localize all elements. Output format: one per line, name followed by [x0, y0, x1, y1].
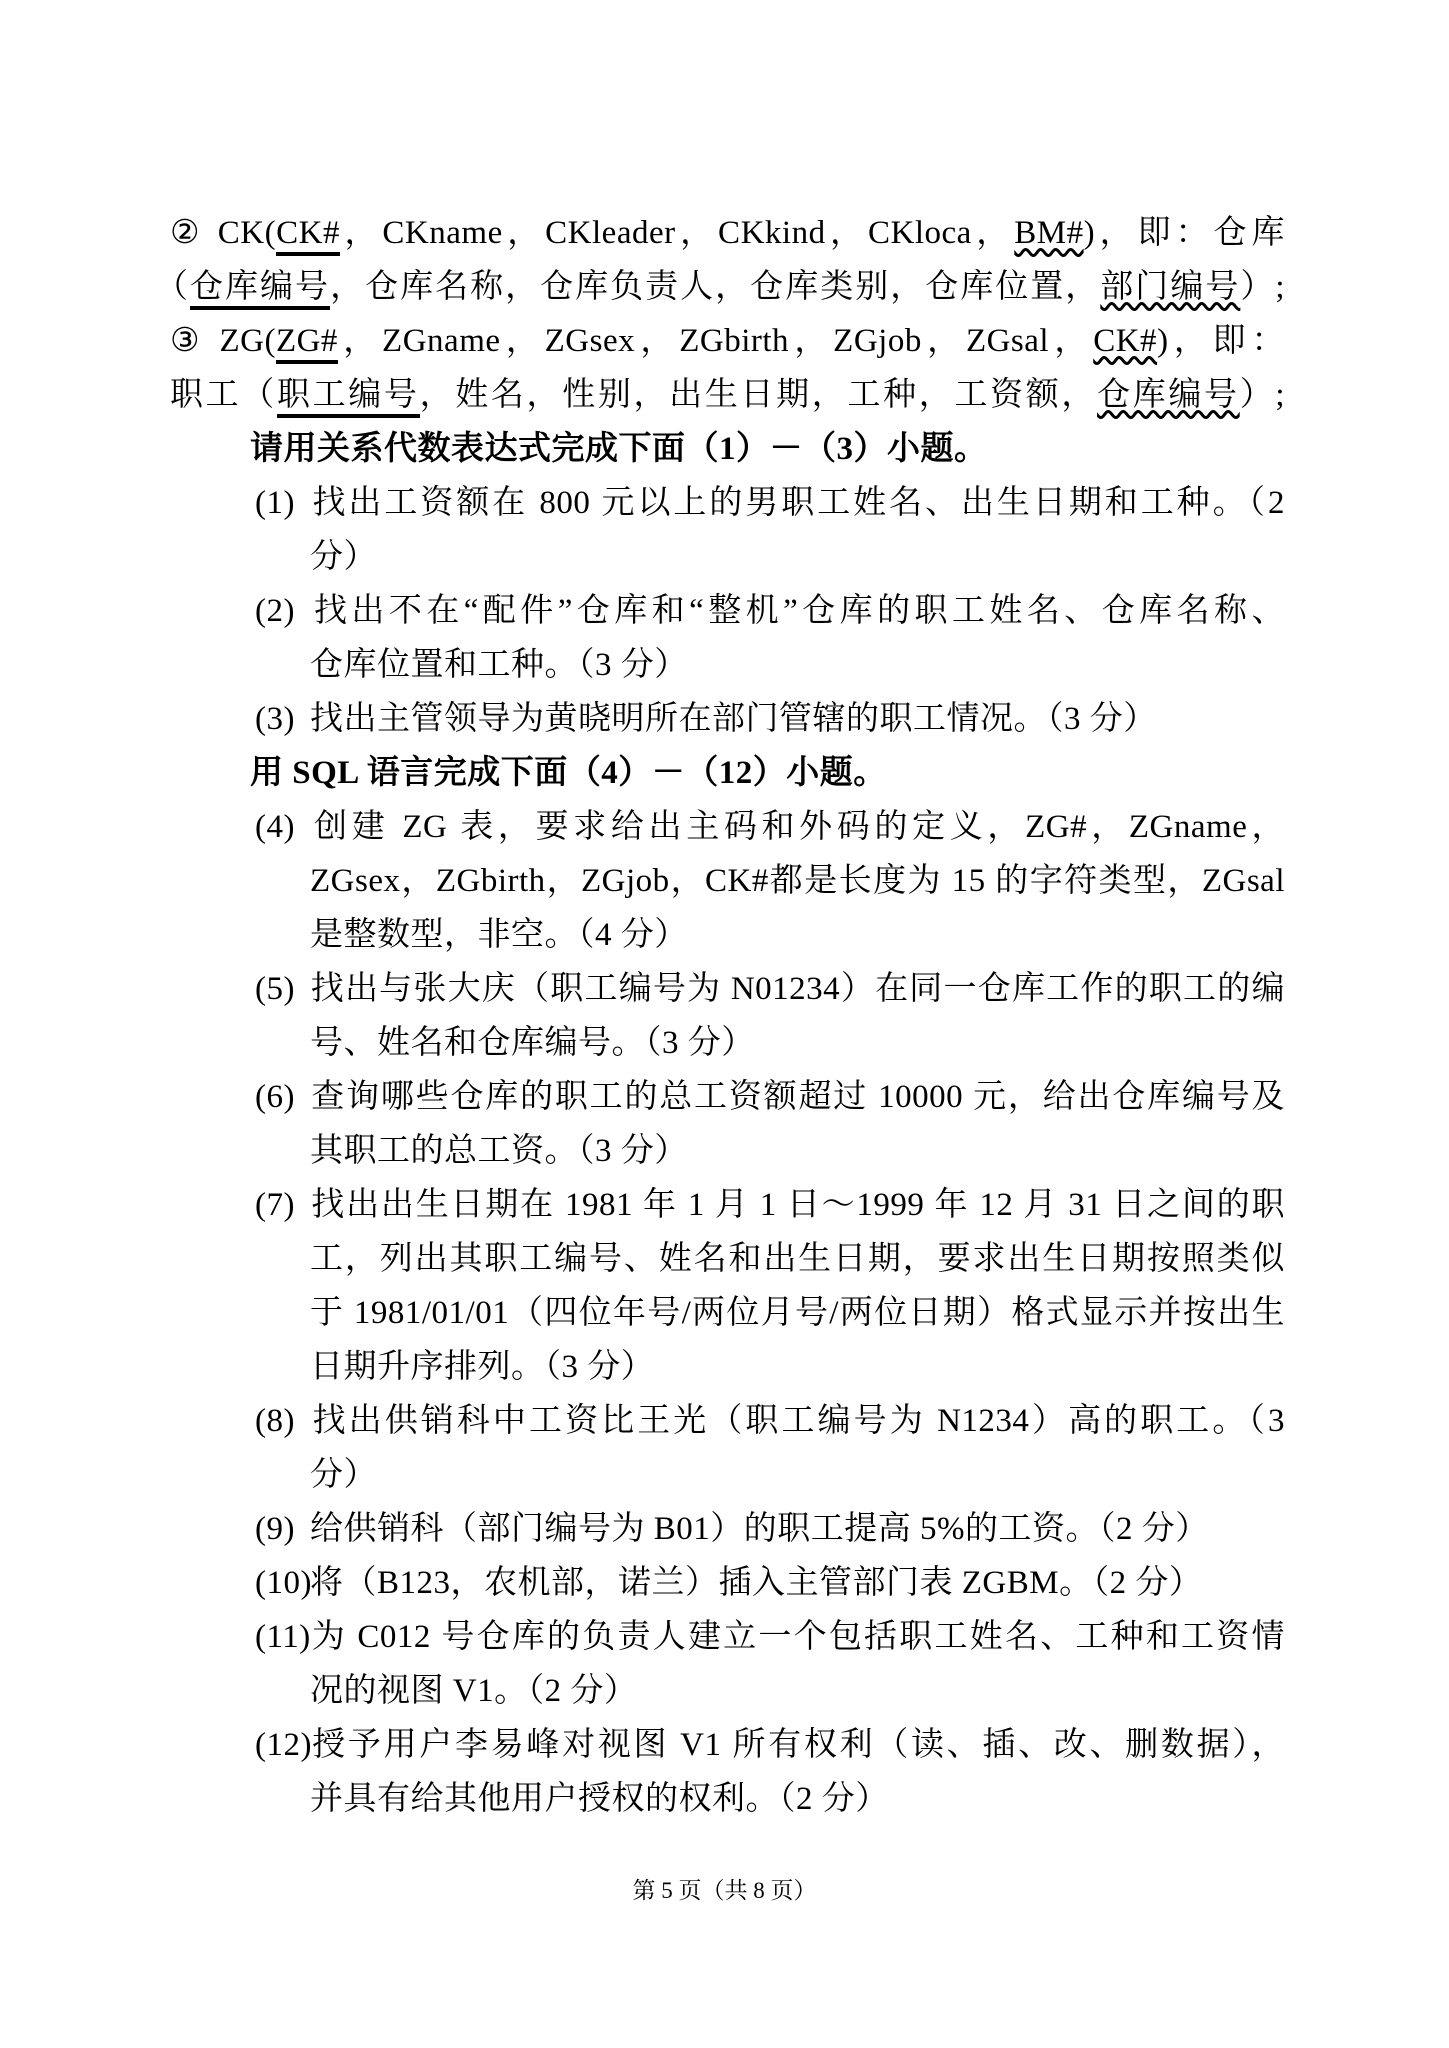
foreign-key-text: 部门编号	[1100, 269, 1240, 305]
text-run: 找出供销科中工资比王光（职工编号为 N1234）高的职工。（3	[310, 1403, 1285, 1439]
schema-ck-chinese-line: （仓库编号，仓库名称，仓库负责人，仓库类别，仓库位置，部门编号）;	[155, 260, 1285, 314]
schema-ck-line: ② CK(CK#，CKname，CKleader，CKkind，CKloca，B…	[170, 206, 1285, 260]
primary-key-text: 仓库编号	[190, 269, 330, 310]
text-run: 于 1981/01/01（四位年号/两位月号/两位日期）格式显示并按出生	[310, 1295, 1285, 1331]
question-11-line-2: 况的视图 V1。（2 分）	[310, 1664, 1449, 1718]
text-run: 其职工的总工资。（3 分）	[310, 1133, 688, 1169]
question-7-line-3: 于 1981/01/01（四位年号/两位月号/两位日期）格式显示并按出生	[310, 1286, 1285, 1340]
question-6-line-2: 其职工的总工资。（3 分）	[310, 1124, 1449, 1178]
text-run: 找出出生日期在 1981 年 1 月 1 日～1999 年 12 月 31 日之…	[310, 1187, 1285, 1223]
item-number: (4)	[255, 800, 310, 854]
item-number: (7)	[255, 1178, 310, 1232]
foreign-key-text: CK#	[1093, 323, 1157, 359]
text-run: ③ ZG(	[170, 323, 276, 359]
text-run: ）;	[1240, 269, 1285, 305]
text-run: 请用关系代数表达式完成下面（1）－（3）小题。	[250, 431, 988, 467]
section-header-sql: 用 SQL 语言完成下面（4）－（12）小题。	[250, 746, 1449, 800]
foreign-key-text: 仓库编号	[1097, 377, 1240, 413]
page-number-footer: 第 5 页（共 8 页）	[0, 1876, 1449, 1906]
item-number: (3)	[255, 692, 310, 746]
item-number: (1)	[255, 476, 310, 530]
document-body: ② CK(CK#，CKname，CKleader，CKkind，CKloca，B…	[0, 206, 1449, 1826]
text-run: 并具有给其他用户授权的权利。（2 分）	[310, 1781, 889, 1817]
foreign-key-text: BM#	[1014, 215, 1083, 251]
text-run: 况的视图 V1。（2 分）	[310, 1673, 637, 1709]
question-1-line-2: 分）	[310, 530, 1449, 584]
text-run: 工，列出其职工编号、姓名和出生日期，要求出生日期按照类似	[310, 1241, 1285, 1277]
text-run: ，ZGname，ZGsex，ZGbirth，ZGjob，ZGsal，	[338, 323, 1093, 359]
text-run: 是整数型，非空。（4 分）	[310, 917, 688, 953]
schema-zg-chinese-line: 职工（职工编号，姓名，性别，出生日期，工种，工资额，仓库编号）;	[170, 368, 1285, 422]
question-8-line-2: 分）	[310, 1448, 1449, 1502]
question-3-line-1: (3)找出主管领导为黄晓明所在部门管辖的职工情况。（3 分）	[255, 692, 1449, 746]
question-2-line-2: 仓库位置和工种。（3 分）	[310, 638, 1449, 692]
question-8-line-1: (8)找出供销科中工资比王光（职工编号为 N1234）高的职工。（3	[255, 1394, 1285, 1448]
text-run: )，即：	[1157, 323, 1285, 359]
text-run: 授予用户李易峰对视图 V1 所有权利（读、插、改、删数据），	[310, 1727, 1285, 1763]
text-run: 创建 ZG 表，要求给出主码和外码的定义，ZG#，ZGname，	[310, 809, 1285, 845]
question-7-line-4: 日期升序排列。（3 分）	[310, 1340, 1449, 1394]
question-4-line-2: ZGsex，ZGbirth，ZGjob，CK#都是长度为 15 的字符类型，ZG…	[310, 854, 1285, 908]
text-run: ，仓库名称，仓库负责人，仓库类别，仓库位置，	[330, 269, 1100, 305]
item-number: (8)	[255, 1394, 310, 1448]
text-run: 将（B123，农机部，诺兰）插入主管部门表 ZGBM。（2 分）	[310, 1565, 1202, 1601]
text-run: ，姓名，性别，出生日期，工种，工资额，	[420, 377, 1097, 413]
text-run: ② CK(	[170, 215, 276, 251]
item-number: (12)	[255, 1718, 310, 1772]
text-run: 为 C012 号仓库的负责人建立一个包括职工姓名、工种和工资情	[310, 1619, 1285, 1655]
text-run: 找出与张大庆（职工编号为 N01234）在同一仓库工作的职工的编	[310, 971, 1285, 1007]
text-run: ，CKname，CKleader，CKkind，CKloca，	[340, 215, 1014, 251]
text-run: 号、姓名和仓库编号。（3 分）	[310, 1025, 755, 1061]
question-2-line-1: (2)找出不在“配件”仓库和“整机”仓库的职工姓名、仓库名称、	[255, 584, 1285, 638]
schema-zg-line: ③ ZG(ZG#，ZGname，ZGsex，ZGbirth，ZGjob，ZGsa…	[170, 314, 1285, 368]
item-number: (5)	[255, 962, 310, 1016]
question-11-line-1: (11)为 C012 号仓库的负责人建立一个包括职工姓名、工种和工资情	[255, 1610, 1285, 1664]
question-10-line-1: (10)将（B123，农机部，诺兰）插入主管部门表 ZGBM。（2 分）	[255, 1556, 1449, 1610]
item-number: (11)	[255, 1610, 310, 1664]
text-run: 仓库位置和工种。（3 分）	[310, 647, 688, 683]
question-1-line-1: (1)找出工资额在 800 元以上的男职工姓名、出生日期和工种。（2	[255, 476, 1285, 530]
question-12-line-1: (12)授予用户李易峰对视图 V1 所有权利（读、插、改、删数据），	[255, 1718, 1285, 1772]
text-run: ）;	[1240, 377, 1285, 413]
text-run: 分）	[310, 539, 377, 575]
section-header-relational-algebra: 请用关系代数表达式完成下面（1）－（3）小题。	[250, 422, 1449, 476]
text-run: 职工（	[170, 377, 277, 413]
question-6-line-1: (6)查询哪些仓库的职工的总工资额超过 10000 元，给出仓库编号及	[255, 1070, 1285, 1124]
question-7-line-2: 工，列出其职工编号、姓名和出生日期，要求出生日期按照类似	[310, 1232, 1285, 1286]
text-run: 给供销科（部门编号为 B01）的职工提高 5%的工资。（2 分）	[310, 1511, 1209, 1547]
item-number: (9)	[255, 1502, 310, 1556]
text-run: 查询哪些仓库的职工的总工资额超过 10000 元，给出仓库编号及	[310, 1079, 1285, 1115]
text-run: 用 SQL 语言完成下面（4）－（12）小题。	[250, 755, 887, 791]
text-run: 日期升序排列。（3 分）	[310, 1349, 654, 1385]
primary-key-text: 职工编号	[277, 377, 420, 418]
text-run: 找出主管领导为黄晓明所在部门管辖的职工情况。（3 分）	[310, 701, 1157, 737]
question-5-line-1: (5)找出与张大庆（职工编号为 N01234）在同一仓库工作的职工的编	[255, 962, 1285, 1016]
text-run: )，即：仓库	[1084, 215, 1285, 251]
exam-document-page: ② CK(CK#，CKname，CKleader，CKkind，CKloca，B…	[0, 0, 1449, 2048]
item-number: (10)	[255, 1556, 310, 1610]
question-4-line-3: 是整数型，非空。（4 分）	[310, 908, 1449, 962]
primary-key-text: CK#	[276, 215, 340, 256]
text-run: 分）	[310, 1457, 377, 1493]
question-9-line-1: (9)给供销科（部门编号为 B01）的职工提高 5%的工资。（2 分）	[255, 1502, 1449, 1556]
question-4-line-1: (4)创建 ZG 表，要求给出主码和外码的定义，ZG#，ZGname，	[255, 800, 1285, 854]
item-number: (2)	[255, 584, 310, 638]
primary-key-text: ZG#	[276, 323, 338, 364]
text-run: （	[155, 269, 190, 305]
text-run: 找出工资额在 800 元以上的男职工姓名、出生日期和工种。（2	[310, 485, 1285, 521]
text-run: ZGsex，ZGbirth，ZGjob，CK#都是长度为 15 的字符类型，ZG…	[310, 863, 1285, 899]
question-7-line-1: (7)找出出生日期在 1981 年 1 月 1 日～1999 年 12 月 31…	[255, 1178, 1285, 1232]
text-run: 找出不在“配件”仓库和“整机”仓库的职工姓名、仓库名称、	[310, 593, 1285, 629]
item-number: (6)	[255, 1070, 310, 1124]
question-12-line-2: 并具有给其他用户授权的权利。（2 分）	[310, 1772, 1449, 1826]
question-5-line-2: 号、姓名和仓库编号。（3 分）	[310, 1016, 1449, 1070]
